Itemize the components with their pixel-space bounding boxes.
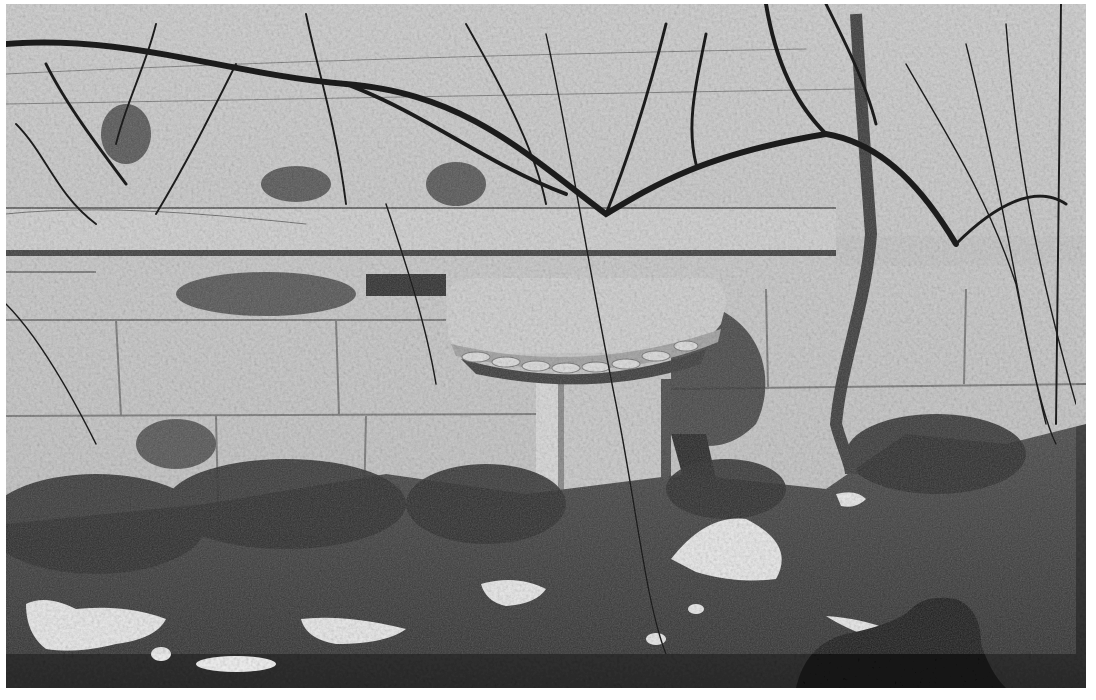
stone-basin: [446, 278, 726, 384]
photo-scene: [6, 4, 1086, 688]
photograph: [6, 4, 1086, 688]
